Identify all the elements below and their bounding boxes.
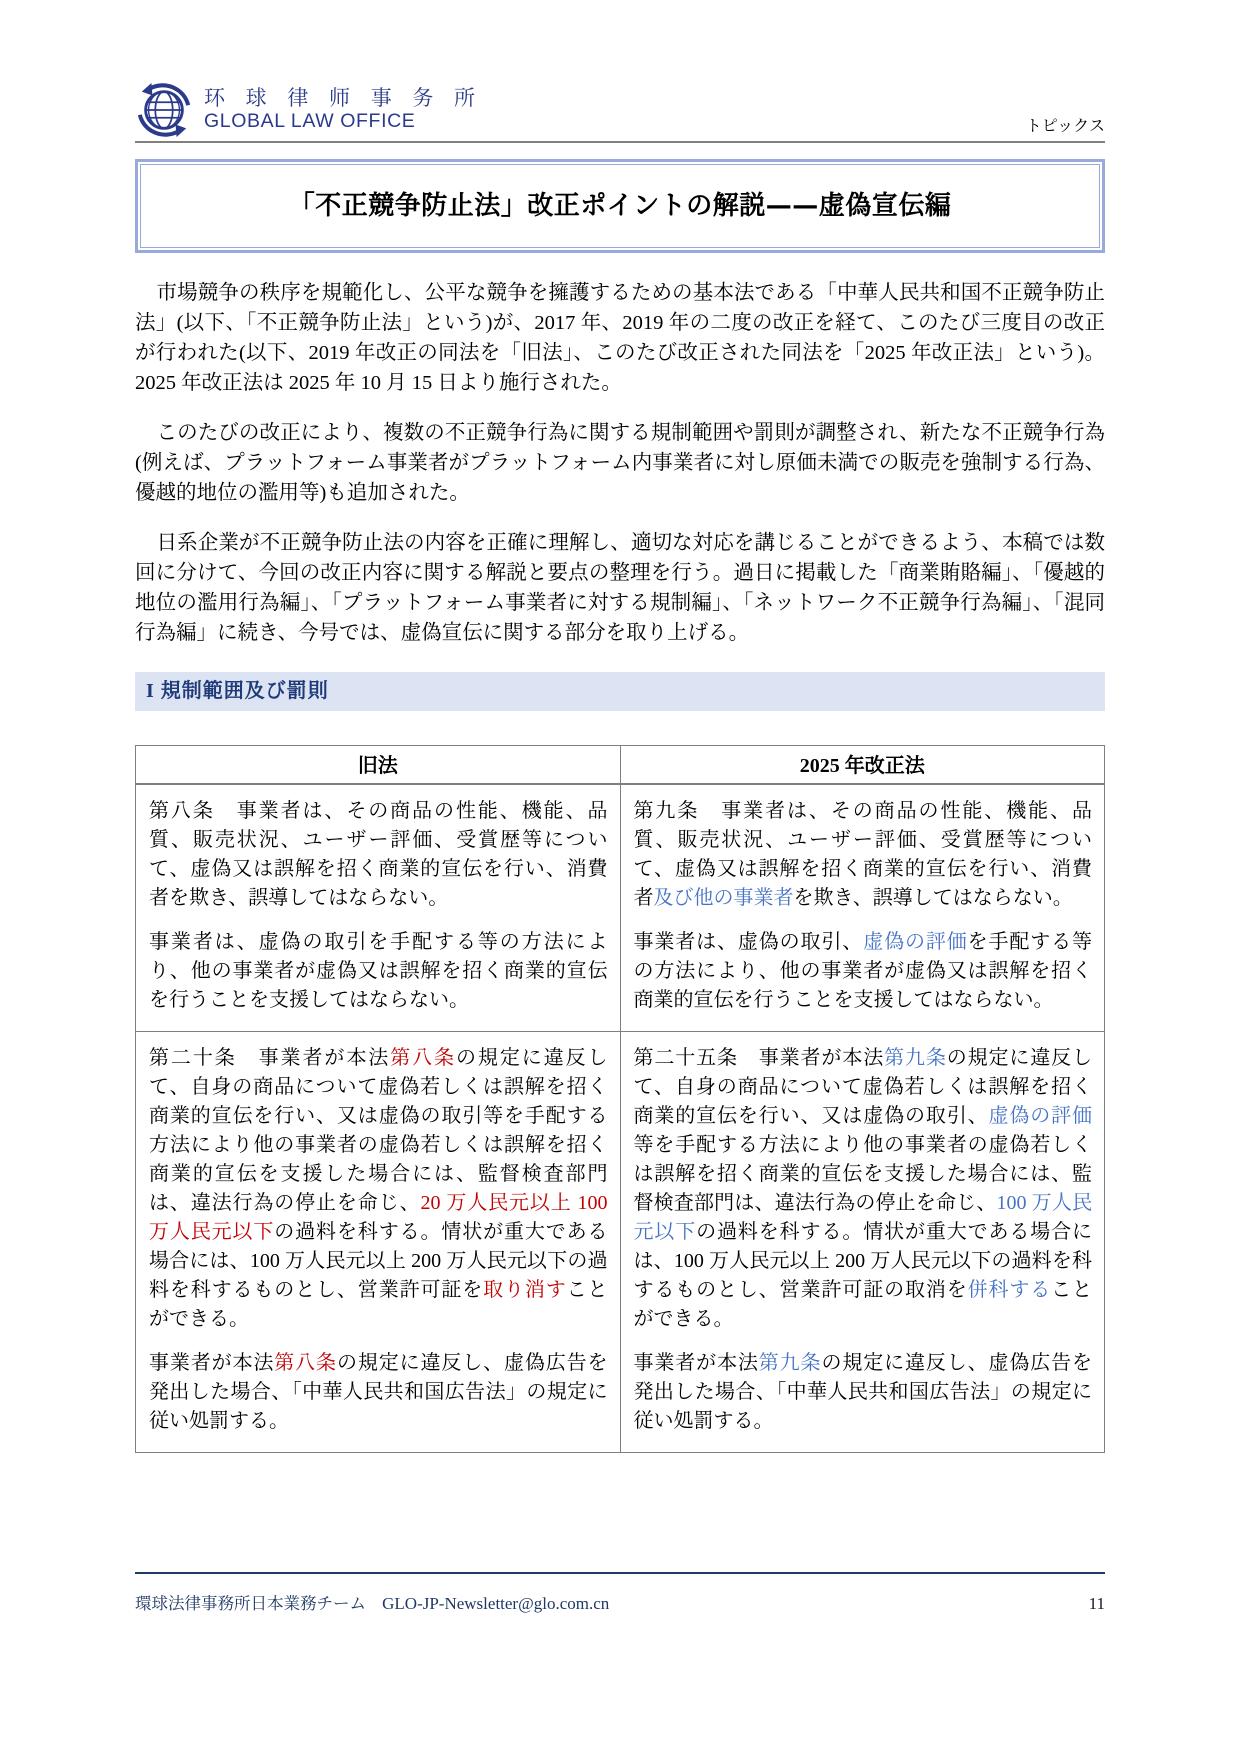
- footer-left: 環球法律事務所日本業務チーム GLO-JP-Newsletter@glo.com…: [135, 1590, 609, 1614]
- text-segment: 事業者は、虚偽の取引を手配する等の方法により、他の事業者が虚偽又は誤解を招く商業…: [149, 931, 608, 1011]
- highlighted-text: 第八条: [274, 1352, 337, 1374]
- logo-text-cn: 环 球 律 师 事 务 所: [204, 87, 482, 111]
- topic-label: トピックス: [1026, 113, 1105, 138]
- text-segment: の規定に違反して、自身の商品について虚偽若しくは誤解を招く商業的宣伝を行い、又は…: [149, 1047, 608, 1214]
- intro-section: 市場競争の秩序を規範化し、公平な競争を擁護するための基本法である「中華人民共和国…: [135, 278, 1105, 648]
- cell-paragraph: 事業者は、虚偽の取引を手配する等の方法により、他の事業者が虚偽又は誤解を招く商業…: [149, 928, 608, 1015]
- cell-paragraph: 事業者は、虚偽の取引、虚偽の評価を手配する等の方法により、他の事業者が虚偽又は誤…: [634, 928, 1093, 1015]
- cell-paragraph: 第八条 事業者は、その商品の性能、機能、品質、販売状況、ユーザー評価、受賞歴等に…: [149, 797, 608, 913]
- text-segment: 事業者が本法: [634, 1352, 759, 1374]
- cell-paragraph: 第二十条 事業者が本法第八条の規定に違反して、自身の商品について虚偽若しくは誤解…: [149, 1044, 608, 1334]
- highlighted-text: 虚偽の評価: [863, 931, 967, 953]
- intro-paragraph-1: 市場競争の秩序を規範化し、公平な競争を擁護するための基本法である「中華人民共和国…: [135, 278, 1105, 398]
- footer-email-link[interactable]: GLO-JP-Newsletter@glo.com.cn: [382, 1594, 609, 1613]
- cell-new-law-penalty: 第二十五条 事業者が本法第九条の規定に違反して、自身の商品について虚偽若しくは誤…: [620, 1032, 1105, 1453]
- cell-paragraph: 第二十五条 事業者が本法第九条の規定に違反して、自身の商品について虚偽若しくは誤…: [634, 1044, 1093, 1334]
- highlighted-text: 第八条: [390, 1047, 456, 1069]
- section-heading: I 規制範囲及び罰則: [135, 672, 1105, 711]
- page-title: 「不正競争防止法」改正ポイントの解説——虚偽宣伝編: [149, 189, 1091, 223]
- highlighted-text: 第九条: [759, 1352, 822, 1374]
- highlighted-text: 併科する: [968, 1279, 1052, 1301]
- text-segment: 事業者は、虚偽の取引、: [634, 931, 864, 953]
- page-header: 环 球 律 师 事 务 所 GLOBAL LAW OFFICE トピックス: [135, 0, 1105, 143]
- title-box: 「不正競争防止法」改正ポイントの解説——虚偽宣伝編: [135, 159, 1105, 253]
- intro-paragraph-2: このたびの改正により、複数の不正競争行為に関する規制範囲や罰則が調整され、新たな…: [135, 418, 1105, 508]
- highlighted-text: 及び他の事業者: [654, 887, 794, 909]
- glo-logo: 环 球 律 师 事 务 所 GLOBAL LAW OFFICE: [135, 82, 482, 138]
- highlighted-text: 虚偽の評価: [988, 1105, 1092, 1127]
- highlighted-text: 第九条: [884, 1047, 947, 1069]
- table-row-definition: 第八条 事業者は、その商品の性能、機能、品質、販売状況、ユーザー評価、受賞歴等に…: [136, 784, 1105, 1032]
- logo-text: 环 球 律 师 事 务 所 GLOBAL LAW OFFICE: [204, 87, 482, 132]
- text-segment: 第二十五条 事業者が本法: [634, 1047, 885, 1069]
- table-header-old-law: 旧法: [136, 746, 621, 785]
- cell-new-law-definition: 第九条 事業者は、その商品の性能、機能、品質、販売状況、ユーザー評価、受賞歴等に…: [620, 784, 1105, 1032]
- intro-paragraph-3: 日系企業が不正競争防止法の内容を正確に理解し、適切な対応を講じることができるよう…: [135, 528, 1105, 648]
- highlighted-text: 取り消す: [483, 1279, 567, 1301]
- page-footer: 環球法律事務所日本業務チーム GLO-JP-Newsletter@glo.com…: [135, 1572, 1105, 1614]
- text-segment: 第二十条 事業者が本法: [149, 1047, 390, 1069]
- table-row-penalty: 第二十条 事業者が本法第八条の規定に違反して、自身の商品について虚偽若しくは誤解…: [136, 1032, 1105, 1453]
- comparison-table-head: 旧法 2025 年改正法: [136, 746, 1105, 785]
- cell-paragraph: 事業者が本法第九条の規定に違反し、虚偽広告を発出した場合、「中華人民共和国広告法…: [634, 1349, 1093, 1436]
- footer-team: 環球法律事務所日本業務チーム: [135, 1594, 366, 1613]
- text-segment: 事業者が本法: [149, 1352, 274, 1374]
- title-box-inner: 「不正競争防止法」改正ポイントの解説——虚偽宣伝編: [140, 164, 1100, 248]
- logo-text-en: GLOBAL LAW OFFICE: [204, 111, 482, 133]
- comparison-table: 旧法 2025 年改正法 第八条 事業者は、その商品の性能、機能、品質、販売状況…: [135, 745, 1105, 1453]
- cell-paragraph: 事業者が本法第八条の規定に違反し、虚偽広告を発出した場合、「中華人民共和国広告法…: [149, 1349, 608, 1436]
- page-content: 环 球 律 师 事 务 所 GLOBAL LAW OFFICE トピックス 「不…: [0, 0, 1239, 1453]
- page-number: 11: [1089, 1594, 1105, 1614]
- globe-icon: [135, 82, 193, 138]
- cell-paragraph: 第九条 事業者は、その商品の性能、機能、品質、販売状況、ユーザー評価、受賞歴等に…: [634, 797, 1093, 913]
- text-segment: 第八条 事業者は、その商品の性能、機能、品質、販売状況、ユーザー評価、受賞歴等に…: [149, 800, 608, 909]
- table-header-row: 旧法 2025 年改正法: [136, 746, 1105, 785]
- document-page: 环 球 律 师 事 务 所 GLOBAL LAW OFFICE トピックス 「不…: [0, 0, 1239, 1753]
- comparison-table-body: 第八条 事業者は、その商品の性能、機能、品質、販売状況、ユーザー評価、受賞歴等に…: [136, 784, 1105, 1453]
- table-header-new-law: 2025 年改正法: [620, 746, 1105, 785]
- text-segment: を欺き、誤導してはならない。: [794, 887, 1073, 909]
- cell-old-law-definition: 第八条 事業者は、その商品の性能、機能、品質、販売状況、ユーザー評価、受賞歴等に…: [136, 784, 621, 1032]
- cell-old-law-penalty: 第二十条 事業者が本法第八条の規定に違反して、自身の商品について虚偽若しくは誤解…: [136, 1032, 621, 1453]
